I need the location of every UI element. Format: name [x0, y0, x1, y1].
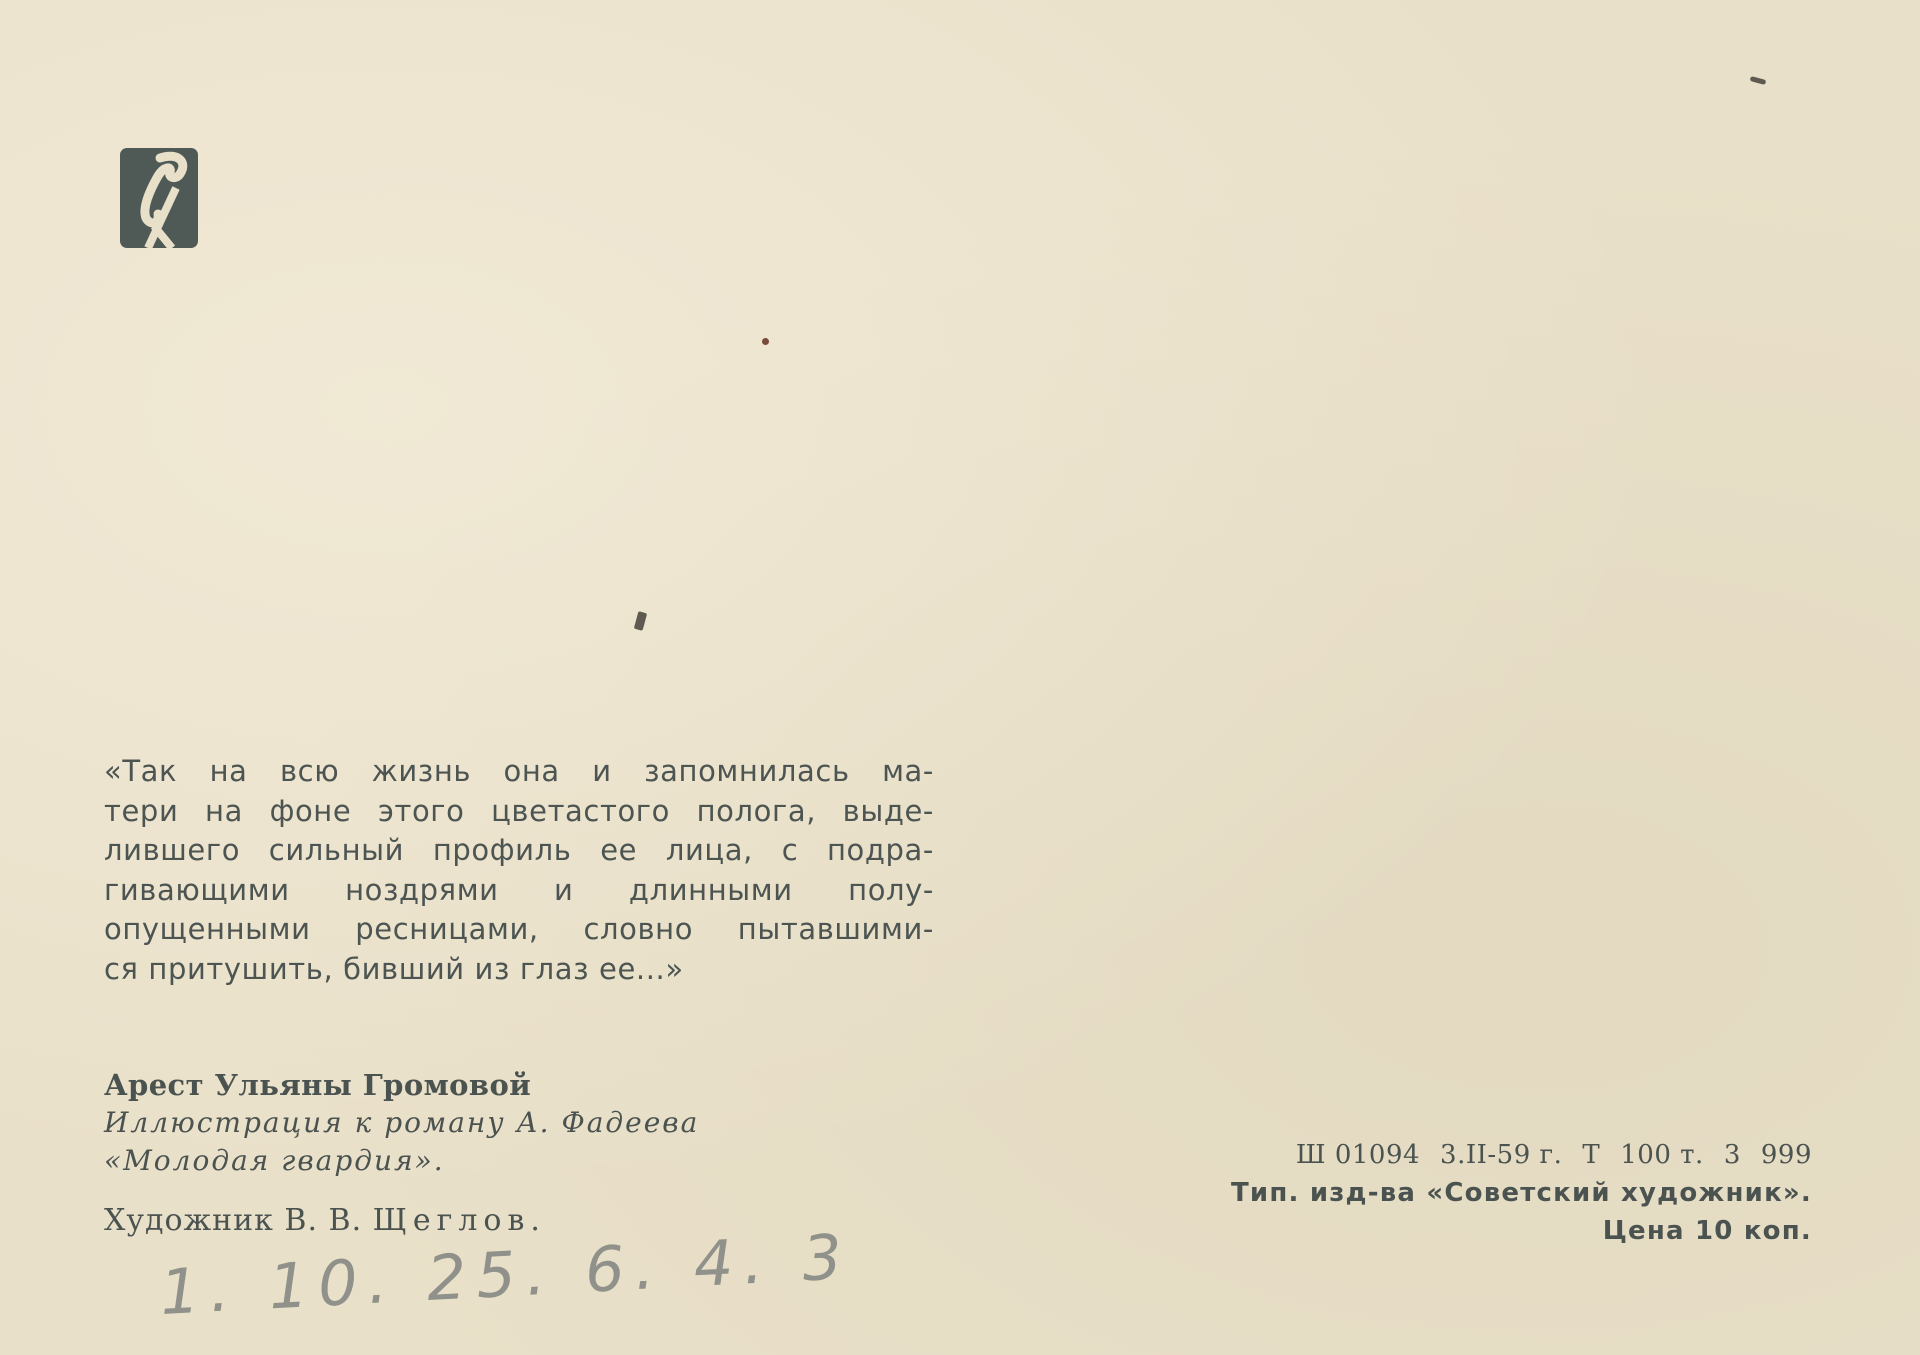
publisher-logo-icon: [120, 148, 198, 248]
novel-title: «Молодая гвардия».: [104, 1142, 699, 1180]
quote-line: опущенными ресницами, словно пытавшими-: [104, 910, 934, 950]
artwork-caption: Арест Ульяны Громовой Иллюстрация к рома…: [104, 1066, 699, 1240]
artist-prefix: Художник В. В.: [104, 1203, 362, 1238]
paper-speck: [634, 611, 647, 631]
artwork-subtitle: Иллюстрация к роману А. Фадеева: [104, 1104, 699, 1142]
price-line: Цена 10 коп.: [1231, 1212, 1812, 1250]
quote-line: лившего сильный профиль ее лица, с подра…: [104, 831, 934, 871]
publisher-imprint: Ш 010943.II-59 г.Т100 т.3999 Тип. изд-ва…: [1231, 1136, 1812, 1250]
paper-speck: [1750, 76, 1767, 85]
quote-line: ся притушить, бивший из глаз ее...»: [104, 950, 934, 990]
printer-line: Тип. изд-ва «Советский художник».: [1231, 1174, 1812, 1212]
artwork-title: Арест Ульяны Громовой: [104, 1066, 699, 1104]
quote-line: «Так на всю жизнь она и запомнилась ма-: [104, 752, 934, 792]
monogram-icon: [120, 148, 198, 248]
artist-surname: Щеглов.: [373, 1203, 546, 1238]
quote-line: гивающими ноздрями и длинными полу-: [104, 871, 934, 911]
quote-line: тери на фоне этого цветастого полога, вы…: [104, 792, 934, 832]
quote-passage: «Так на всю жизнь она и запомнилась ма- …: [104, 752, 934, 989]
print-code: Ш 010943.II-59 г.Т100 т.3999: [1231, 1136, 1812, 1174]
paper-speck: [762, 338, 769, 345]
